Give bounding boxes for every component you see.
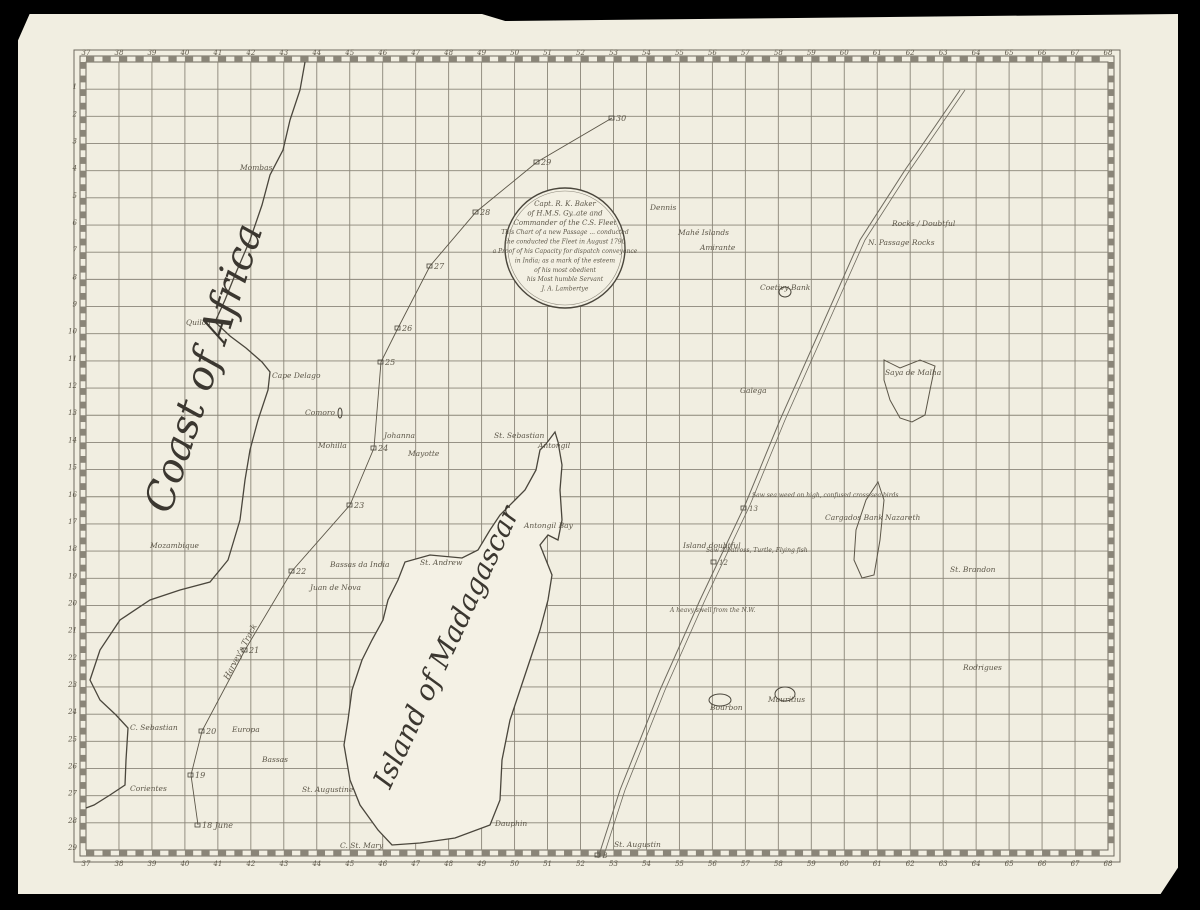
longitude-label: 42 — [245, 49, 255, 57]
longitude-label: 53 — [609, 860, 618, 868]
longitude-label: 41 — [212, 49, 222, 57]
longitude-label: 55 — [675, 49, 684, 57]
longitude-label: 65 — [1005, 860, 1014, 868]
longitude-label: 47 — [410, 860, 420, 868]
place-label: Corientes — [130, 784, 167, 793]
map-frame — [74, 50, 1120, 862]
longitude-label: 61 — [873, 860, 882, 868]
place-label: St. Brandon — [950, 565, 996, 574]
place-label: C. St. Mary — [340, 841, 384, 850]
latitude-label: 16 — [68, 491, 77, 499]
track-day-label: 21 — [248, 646, 259, 655]
track-point-marker — [188, 773, 193, 777]
place-label: Amirante — [699, 243, 736, 252]
longitude-label: 50 — [510, 860, 519, 868]
latitude-label: 18 — [68, 545, 77, 553]
place-label: Bourbon — [709, 703, 743, 712]
longitude-label: 49 — [476, 860, 486, 868]
place-label: C. Sebastian — [130, 723, 178, 732]
longitude-label: 55 — [675, 860, 684, 868]
longitude-label: 66 — [1038, 860, 1047, 868]
degree-labels: 3737383839394040414142424343444445454646… — [67, 49, 1113, 868]
track-day-label: 20 — [205, 727, 216, 736]
latitude-label: 26 — [67, 762, 77, 770]
place-label: Nazareth — [884, 513, 920, 522]
latitude-label: 25 — [67, 735, 77, 743]
longitude-label: 54 — [642, 860, 651, 868]
longitude-label: 64 — [972, 860, 981, 868]
longitude-label: 66 — [1038, 49, 1047, 57]
place-label: St. Augustine — [302, 785, 354, 794]
longitude-label: 48 — [443, 49, 453, 57]
track-day-label: 30 — [616, 114, 626, 123]
latitude-label: 8 — [73, 273, 78, 281]
latitude-label: 19 — [68, 572, 77, 580]
track-day-label: 28 — [479, 208, 490, 217]
cartouche-line: in India; as a mark of the esteem — [515, 257, 616, 264]
longitude-label: 56 — [708, 49, 717, 57]
latitude-label: 24 — [67, 708, 77, 716]
place-label: Antongil — [537, 441, 571, 450]
track-day-label: 13 — [749, 505, 758, 513]
latitude-label: 20 — [67, 599, 77, 607]
place-label: Europa — [231, 725, 260, 734]
cartouche-line: a Proof of his Capacity for dispatch con… — [493, 248, 638, 255]
latitude-label: 27 — [67, 790, 77, 798]
longitude-label: 38 — [115, 49, 124, 57]
track-day-label: 26 — [401, 324, 412, 333]
latitude-label: 28 — [67, 817, 77, 825]
longitude-label: 68 — [1104, 860, 1113, 868]
track-day-label: 24 — [377, 444, 388, 453]
track-day-label: 29 — [540, 158, 551, 167]
latitude-label: 14 — [68, 436, 77, 444]
longitude-label: 68 — [1104, 49, 1113, 57]
longitude-label: 58 — [774, 860, 783, 868]
longitude-label: 44 — [311, 49, 321, 57]
latitude-label: 11 — [68, 355, 77, 363]
longitude-label: 58 — [774, 49, 783, 57]
cartouche-line: J. A. Lambertye — [540, 286, 589, 293]
cartouche-line: of H.M.S. Gy..ate and — [527, 209, 603, 217]
longitude-label: 47 — [410, 49, 420, 57]
chart-map: 3737383839394040414142424343444445454646… — [0, 0, 1200, 910]
longitude-label: 65 — [1005, 49, 1014, 57]
place-label: Antongil Bay — [523, 521, 574, 530]
cartouche-line: This Chart of a new Passage ... conducte… — [501, 229, 629, 236]
longitude-label: 45 — [344, 860, 354, 868]
longitude-label: 37 — [82, 49, 91, 57]
longitude-label: 43 — [278, 860, 288, 868]
degree-tick-border — [80, 56, 1114, 856]
place-label: St. Augustin — [614, 840, 661, 849]
longitude-label: 51 — [543, 49, 552, 57]
longitude-label: 60 — [840, 860, 849, 868]
track-note: A heavy swell from the N.W. — [669, 607, 755, 614]
longitude-label: 46 — [377, 49, 387, 57]
latitude-label: 10 — [68, 328, 77, 336]
track-day-label: 19 — [195, 771, 205, 780]
longitude-label: 63 — [939, 49, 948, 57]
longitude-label: 62 — [906, 860, 915, 868]
latitude-label: 4 — [72, 165, 77, 173]
longitude-label: 39 — [147, 49, 156, 57]
longitude-label: 44 — [311, 860, 321, 868]
latitude-label: 5 — [73, 192, 78, 200]
track-day-label: 23 — [353, 501, 364, 510]
longitude-label: 51 — [543, 860, 552, 868]
place-label: Saya de Malha — [885, 368, 941, 377]
latitude-label: 7 — [73, 246, 78, 254]
longitude-label: 40 — [179, 860, 189, 868]
place-label: Bassas — [261, 755, 288, 764]
longitude-label: 61 — [873, 49, 882, 57]
longitude-label: 62 — [906, 49, 915, 57]
place-label: Bassas da India — [329, 560, 390, 569]
longitude-label: 45 — [344, 49, 354, 57]
cartouche-line: the conducted the Fleet in August 1790 — [505, 239, 626, 246]
longitude-label: 52 — [576, 49, 585, 57]
africa-label: Coast of Africa — [136, 218, 273, 518]
place-label: Galega — [740, 386, 767, 395]
place-label: Coetivy Bank — [760, 283, 811, 292]
longitude-label: 48 — [443, 860, 453, 868]
latitude-label: 21 — [67, 627, 77, 635]
track-day-label: 22 — [295, 567, 306, 576]
longitude-label: 60 — [840, 49, 849, 57]
latitude-label: 2 — [72, 110, 78, 118]
place-label: N. Passage Rocks — [867, 238, 935, 247]
latitude-label: 3 — [73, 138, 78, 146]
longitude-label: 37 — [82, 860, 91, 868]
longitude-label: 64 — [972, 49, 981, 57]
longitude-label: 42 — [245, 860, 255, 868]
cartouche-line: of his most obedient — [534, 267, 596, 274]
latitude-label: 29 — [67, 844, 77, 852]
place-label: Mauritius — [767, 695, 805, 704]
longitude-label: 41 — [212, 860, 222, 868]
latitude-label: 23 — [67, 681, 77, 689]
place-label: Mohilla — [317, 441, 347, 450]
latitude-label: 22 — [67, 654, 77, 662]
latitude-label: 12 — [68, 382, 77, 390]
place-label: Mahé Islands — [677, 228, 729, 237]
track-day-label: 25 — [384, 358, 395, 367]
latitude-label: 1 — [73, 83, 77, 91]
longitude-label: 67 — [1071, 49, 1080, 57]
longitude-label: 59 — [807, 49, 816, 57]
latitude-label: 6 — [73, 219, 78, 227]
longitude-label: 67 — [1071, 860, 1080, 868]
longitude-label: 43 — [278, 49, 288, 57]
place-label: Mozambique — [149, 541, 200, 550]
place-label: Cape Delago — [272, 371, 321, 380]
comoro-island — [338, 408, 342, 418]
place-label: St. Andrew — [420, 558, 463, 567]
place-label: Cargados Bank — [825, 513, 883, 522]
place-label: Island doubtful — [682, 541, 741, 550]
place-label: Dauphin — [494, 819, 527, 828]
latitude-label: 13 — [68, 409, 77, 417]
longitude-label: 49 — [476, 49, 486, 57]
latitude-label: 15 — [68, 464, 77, 472]
longitude-label: 46 — [377, 860, 387, 868]
longitude-label: 56 — [708, 860, 717, 868]
place-label: Rodrigues — [962, 663, 1002, 672]
track-day-label: 18 June — [202, 821, 233, 830]
latitude-label: 17 — [68, 518, 77, 526]
longitude-label: 53 — [609, 49, 618, 57]
longitude-label: 39 — [147, 860, 156, 868]
cartouche-line: Capt. R. K. Baker — [534, 200, 596, 208]
place-label: Juan de Nova — [308, 583, 361, 592]
track-note: Saw sea weed on high, confused cross-sea… — [752, 492, 899, 499]
place-label: Mayotte — [407, 449, 440, 458]
place-label: Mombas — [239, 163, 273, 172]
cartouche-line: Commander of the C.S. Fleet — [514, 219, 617, 227]
longitude-label: 57 — [741, 49, 750, 57]
latitude-label: 9 — [73, 301, 78, 309]
longitude-label: 38 — [115, 860, 124, 868]
place-label: Johanna — [382, 431, 415, 440]
longitude-label: 40 — [179, 49, 189, 57]
cartouche-line: his Most humble Servant — [527, 276, 604, 283]
place-label: Rocks / Doubtful — [891, 219, 956, 228]
place-label: Dennis — [649, 203, 677, 212]
track-day-label: 27 — [433, 262, 445, 271]
longitude-label: 52 — [576, 860, 585, 868]
longitude-label: 57 — [741, 860, 750, 868]
longitude-label: 63 — [939, 860, 948, 868]
place-label: St. Sebastian — [494, 431, 545, 440]
longitude-label: 54 — [642, 49, 651, 57]
longitude-label: 50 — [510, 49, 519, 57]
place-label: Comoro — [305, 408, 335, 417]
longitude-label: 59 — [807, 860, 816, 868]
